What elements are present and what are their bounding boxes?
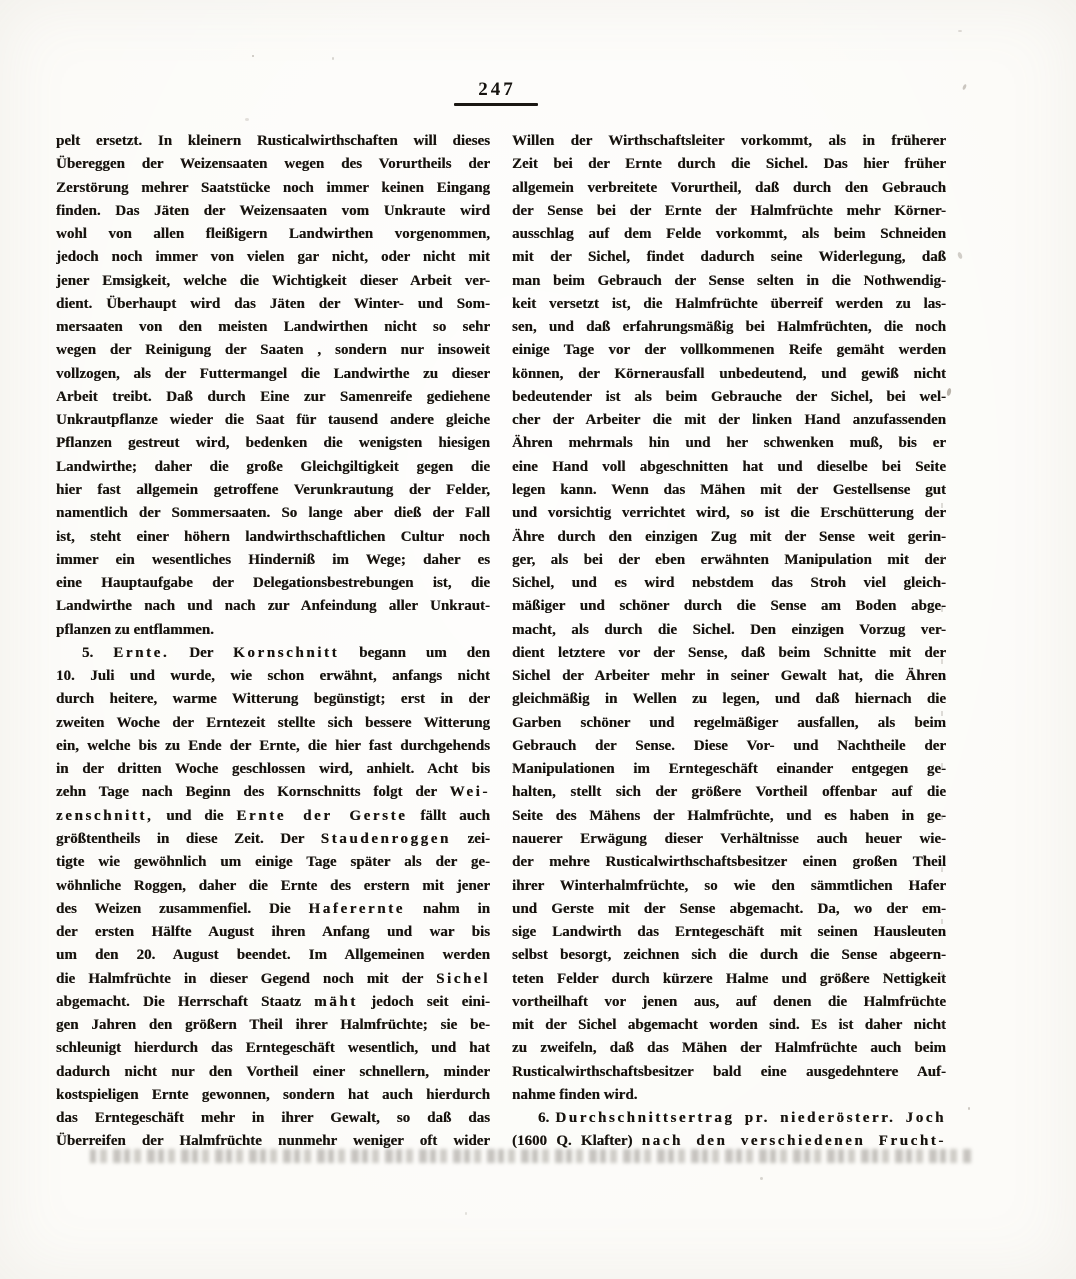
- text-line: nauerer Erwägung dieser Verhältnisse auc…: [512, 828, 946, 851]
- text-line: vollzogen, als der Futtermangel die Land…: [56, 363, 490, 386]
- text-line: 6. Durchschnittsertrag pr. niederösterr.…: [512, 1107, 946, 1130]
- text-line: die Halmfrüchte in dieser Gegend noch mi…: [56, 968, 490, 991]
- letterspaced-text: Ernte der Gerste: [236, 808, 407, 824]
- scanned-page: 247 pelt ersetzt. In kleinern Rusticalwi…: [0, 0, 1076, 1279]
- text-line: Sichel, und es wird nebstdem das Stroh v…: [512, 572, 946, 595]
- text-line: durch heitere, warme Witterung begünstig…: [56, 688, 490, 711]
- text-line: zu zweifeln, daß das Mähen der Halmfrüch…: [512, 1037, 946, 1060]
- text-line: bedeutender ist als beim Gebrauche der S…: [512, 386, 946, 409]
- text-line: sige Landwirth das Erntegeschäft mit sei…: [512, 921, 946, 944]
- scan-artifact: [957, 252, 963, 260]
- text-line: nahme finden wird.: [512, 1084, 946, 1107]
- page-number-rule: [454, 103, 538, 106]
- text-line: gen Jahren den größern Theil ihrer Halmf…: [56, 1014, 490, 1037]
- text-line: hier fast allgemein getroffene Verunkrau…: [56, 479, 490, 502]
- page-number: 247: [447, 79, 547, 101]
- text-line: zenschnitt, und die Ernte der Gerste fäl…: [56, 805, 490, 828]
- text-line: um den 20. August beendet. Im Allgemeine…: [56, 944, 490, 967]
- text-line: eine Hauptaufgabe der Delegationsbestreb…: [56, 572, 490, 595]
- ghost-bleed-line: [90, 1149, 972, 1163]
- text-line: keit versetzt ist, die Halmfrüchte überr…: [512, 293, 946, 316]
- text-line: können, der Körnerausfall unbedeutend, u…: [512, 363, 946, 386]
- text-line: ist, steht einer höhern landwirthschaftl…: [56, 526, 490, 549]
- text-line: Übereggen der Weizensaaten wegen des Vor…: [56, 153, 490, 176]
- text-line: zweiten Woche der Erntezeit stellte sich…: [56, 712, 490, 735]
- scan-artifact: [958, 30, 962, 32]
- scan-artifact: [332, 57, 334, 60]
- text-line: wohl von allen fleißigern Landwirthen vo…: [56, 223, 490, 246]
- text-line: dadurch nicht nur den Vortheil einer sch…: [56, 1061, 490, 1084]
- text-line: pelt ersetzt. In kleinern Rusticalwirths…: [56, 130, 490, 153]
- text-line: Willen der Wirthschaftsleiter vorkommt, …: [512, 130, 946, 153]
- right-column: Willen der Wirthschaftsleiter vorkommt, …: [512, 130, 946, 1154]
- text-line: pflanzen zu entflammen.: [56, 619, 490, 642]
- text-line: abgemacht. Die Herrschaft Staatz mäht je…: [56, 991, 490, 1014]
- text-line: 5. Ernte. Der Kornschnitt begann um den: [56, 642, 490, 665]
- scan-artifact: [465, 1212, 467, 1215]
- letterspaced-text: Wei-: [450, 784, 490, 800]
- letterspaced-text: nach den verschiedenen Frucht-: [642, 1133, 946, 1149]
- text-line: dient letztere vor der Sense, daß beim S…: [512, 642, 946, 665]
- text-line: ger, als bei der eben erwähnten Manipula…: [512, 549, 946, 572]
- text-line: dient. Überhaupt wird das Jäten der Wint…: [56, 293, 490, 316]
- text-line: immer ein wesentliches Hinderniß im Wege…: [56, 549, 490, 572]
- text-line: Sichel der Arbeiter mehr in seiner Gewal…: [512, 665, 946, 688]
- text-line: Gebrauch der Sense. Diese Vor- und Nacht…: [512, 735, 946, 758]
- text-line: namentlich der Sommersaaten. So lange ab…: [56, 502, 490, 525]
- text-line: Zerstörung mehrer Saatstücke noch immer …: [56, 177, 490, 200]
- scan-artifact: [962, 84, 967, 91]
- text-line: Ähren mehrmals hin und her schwenken muß…: [512, 432, 946, 455]
- text-line: gleichmäßig in Wellen zu legen, und daß …: [512, 688, 946, 711]
- scan-artifact: [968, 1107, 970, 1110]
- text-line: allgemein verbreitete Vorurtheil, daß du…: [512, 177, 946, 200]
- text-line: jener Emsigkeit, welche die Wichtigkeit …: [56, 270, 490, 293]
- text-line: mäßiger und schöner durch die Sense am B…: [512, 595, 946, 618]
- text-line: macht, als durch die Sichel. Den einzige…: [512, 619, 946, 642]
- text-line: eine Hand voll abgeschnitten hat und die…: [512, 456, 946, 479]
- scan-artifact: [760, 1177, 763, 1180]
- letterspaced-text: Sichel: [436, 971, 490, 987]
- scan-artifact: [245, 118, 249, 121]
- text-line: ausschlag auf dem Felde vorkommt, als be…: [512, 223, 946, 246]
- scan-artifact: [252, 55, 254, 57]
- text-line: cher der Arbeiter die mit der linken Han…: [512, 409, 946, 432]
- text-line: 10. Juli und wurde, wie schon erwähnt, a…: [56, 665, 490, 688]
- left-column: pelt ersetzt. In kleinern Rusticalwirths…: [56, 130, 490, 1154]
- text-line: kostspieligen Ernte gewonnen, sondern ha…: [56, 1084, 490, 1107]
- text-line: Landwirthe nach und nach zur Anfeindung …: [56, 595, 490, 618]
- text-line: der ersten Hälfte August ihren Anfang un…: [56, 921, 490, 944]
- letterspaced-text: zenschnitt,: [56, 808, 153, 824]
- text-line: der mehre Rusticalwirthschaftsbesitzer e…: [512, 851, 946, 874]
- text-line: Zeit bei der Ernte durch die Sichel. Das…: [512, 153, 946, 176]
- text-line: man beim Gebrauch der Sense selten in di…: [512, 270, 946, 293]
- text-line: legen kann. Wenn das Mähen mit der Geste…: [512, 479, 946, 502]
- text-line: und vorsichtig verrichtet wird, so ist d…: [512, 502, 946, 525]
- text-line: mersaaten von den meisten Landwirthen ni…: [56, 316, 490, 339]
- text-line: vortheilhaft vor jenen aus, auf denen di…: [512, 991, 946, 1014]
- text-line: Rusticalwirthschaftsbesitzer bald eine a…: [512, 1061, 946, 1084]
- text-line: Arbeit treibt. Daß durch Eine zur Samenr…: [56, 386, 490, 409]
- text-line: Ähre durch den einzigen Zug mit der Sens…: [512, 526, 946, 549]
- letterspaced-text: Durchschnittsertrag pr. niederösterr. Jo…: [555, 1110, 946, 1126]
- text-line: mit der Sichel abgemacht worden sind. Es…: [512, 1014, 946, 1037]
- text-line: selbst besorgt, zeichnen sich die durch …: [512, 944, 946, 967]
- text-line: jedoch noch immer von vielen gar nicht, …: [56, 246, 490, 269]
- text-line: teten Felder durch kürzere Halme und grö…: [512, 968, 946, 991]
- text-line: tigte wie gewöhnlich um einige Tage spät…: [56, 851, 490, 874]
- text-line: wegen der Reinigung der Saaten , sondern…: [56, 339, 490, 362]
- letterspaced-text: Staudenroggen: [321, 831, 451, 847]
- text-line: ihrer Winterhalmfrüchte, so wie den sämm…: [512, 875, 946, 898]
- text-line: größtentheils in diese Zeit. Der Stauden…: [56, 828, 490, 851]
- text-line: schleunigt hierdurch das Erntegeschäft w…: [56, 1037, 490, 1060]
- text-line: ein, welche bis zu Ende der Ernte, die h…: [56, 735, 490, 758]
- text-line: wöhnliche Roggen, daher die Ernte des er…: [56, 875, 490, 898]
- letterspaced-text: Haferernte: [309, 901, 406, 917]
- text-line: mit der Sichel, findet dadurch seine Wid…: [512, 246, 946, 269]
- text-line: sen, und daß erfahrungsmäßig bei Halmfrü…: [512, 316, 946, 339]
- text-line: Garben schöner und regelmäßiger ausfalle…: [512, 712, 946, 735]
- text-line: finden. Das Jäten der Weizensaaten vom U…: [56, 200, 490, 223]
- text-line: Seite des Mähens der Halmfrüchte, und es…: [512, 805, 946, 828]
- letterspaced-text: Kornschnitt: [233, 645, 339, 661]
- text-line: des Weizen zusammenfiel. Die Haferernte …: [56, 898, 490, 921]
- text-line: Manipulationen im Erntegeschäft einander…: [512, 758, 946, 781]
- text-line: Pflanzen gestreut wird, bedenken die wen…: [56, 432, 490, 455]
- text-line: Landwirthe; daher die große Gleichgiltig…: [56, 456, 490, 479]
- text-line: in der dritten Woche geschlossen wird, a…: [56, 758, 490, 781]
- scan-edge-marks: [941, 503, 943, 1048]
- text-line: einige Tage vor der vollkommenen Reife g…: [512, 339, 946, 362]
- scan-artifact: [946, 388, 952, 397]
- text-line: zehn Tage nach Beginn des Kornschnitts f…: [56, 781, 490, 804]
- text-line: das Erntegeschäft mehr in ihrer Gewalt, …: [56, 1107, 490, 1130]
- text-line: halten, stellt sich der größere Vortheil…: [512, 781, 946, 804]
- text-line: der Sense bei der Ernte der Halmfrüchte …: [512, 200, 946, 223]
- letterspaced-text: mäht: [314, 994, 358, 1010]
- text-line: und Gerste mit der Sense abgemacht. Da, …: [512, 898, 946, 921]
- text-line: Unkrautpflanze wieder die Saat für tause…: [56, 409, 490, 432]
- letterspaced-text: Ernte.: [113, 645, 169, 661]
